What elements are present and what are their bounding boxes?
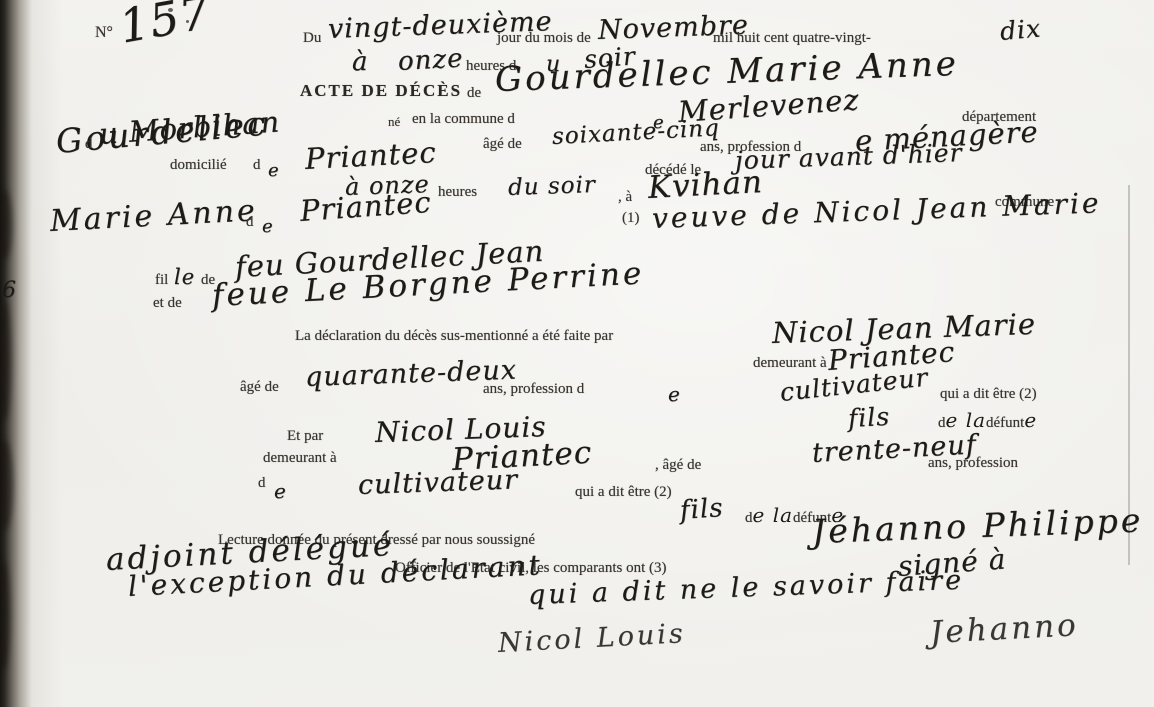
printed-comma-a: , à xyxy=(618,189,632,206)
printed-qui-a-dit-2: qui a dit être (2) xyxy=(575,484,672,501)
entry-e-commune2: e xyxy=(262,216,274,237)
printed-demeurant1: demeurant à xyxy=(753,355,827,372)
printed-age1: âgé de xyxy=(240,379,279,396)
act-title: ACTE DE DÉCÈS xyxy=(300,81,462,101)
printed-declaration-intro: La déclaration du décès sus-mentionné a … xyxy=(295,328,613,345)
printed-age-de: âgé de xyxy=(483,136,522,153)
printed-qui-a-dit-1: qui a dit être (2) xyxy=(940,386,1037,403)
printed-domicilie: domicilié xyxy=(170,157,227,174)
entry-a: à xyxy=(352,47,369,77)
printed-profession1: ans, profession d xyxy=(483,381,584,398)
entry-e-dom: e xyxy=(268,160,280,181)
entry-relation2: fils xyxy=(679,493,725,526)
entry-e-la-1: e la xyxy=(946,408,987,432)
margin-stray-mark: 6 xyxy=(2,278,17,303)
entry-declarant2-profession: cultivateur xyxy=(357,464,518,501)
record-number: 157 xyxy=(115,0,214,54)
printed-jour-du-mois: jour du mois de xyxy=(497,30,591,47)
printed-et-de: et de xyxy=(153,295,182,312)
entry-e-prof2: e xyxy=(274,479,287,503)
entry-e-1: e xyxy=(1024,408,1037,432)
printed-millesime: mil huit cent quatre-vingt- xyxy=(713,30,871,47)
printed-en-la-commune: en la commune d xyxy=(412,111,515,128)
entry-e-la-2: e la xyxy=(753,503,794,527)
entry-departement: u Morbihan xyxy=(98,104,281,151)
printed-heures: heures xyxy=(438,184,477,201)
printed-age2: , âgé de xyxy=(655,457,701,474)
printed-d-prof2: d xyxy=(258,475,266,492)
printed-d-commune: d xyxy=(246,214,254,231)
death-record-scan: N° 157 Gourdellec Marie Anne 6 Du vingt-… xyxy=(0,0,1154,707)
printed-de-la-defunte-1: de ladéfunte xyxy=(938,408,1037,432)
printed-d-dom: d xyxy=(253,157,261,174)
printed-ans-profession2: ans, profession xyxy=(928,455,1018,472)
entry-hour-written: onze xyxy=(397,44,464,77)
printed-defunt-1: défunt xyxy=(986,415,1024,431)
printed-et-par: Et par xyxy=(287,428,323,445)
entry-age-written: soixante-cinq xyxy=(551,115,720,150)
signature-declarant: Nicol Louis xyxy=(497,618,686,659)
printed-du: Du xyxy=(303,30,321,47)
entry-e-profession1: e xyxy=(668,382,681,406)
record-number-label: N° xyxy=(95,24,113,42)
printed-d2: d xyxy=(745,510,753,526)
printed-d1: d xyxy=(938,415,946,431)
printed-demeurant2: demeurant à xyxy=(263,450,337,467)
entry-commune-place: Priantec xyxy=(299,185,433,228)
entry-year-end: dix xyxy=(999,13,1042,45)
entry-du-soir: du soir xyxy=(508,172,597,201)
entry-le: le xyxy=(174,265,195,289)
printed-fil: fil xyxy=(155,272,168,289)
signature-officer: Jehanno xyxy=(929,607,1080,651)
printed-title-de: de xyxy=(467,85,481,102)
printed-ref-1: (1) xyxy=(622,210,640,227)
margin-deceased-given-names: Marie Anne xyxy=(49,193,258,239)
printed-d-dept: d xyxy=(85,136,93,153)
printed-ne: né xyxy=(388,114,400,130)
entry-relation1: fils xyxy=(847,402,891,433)
